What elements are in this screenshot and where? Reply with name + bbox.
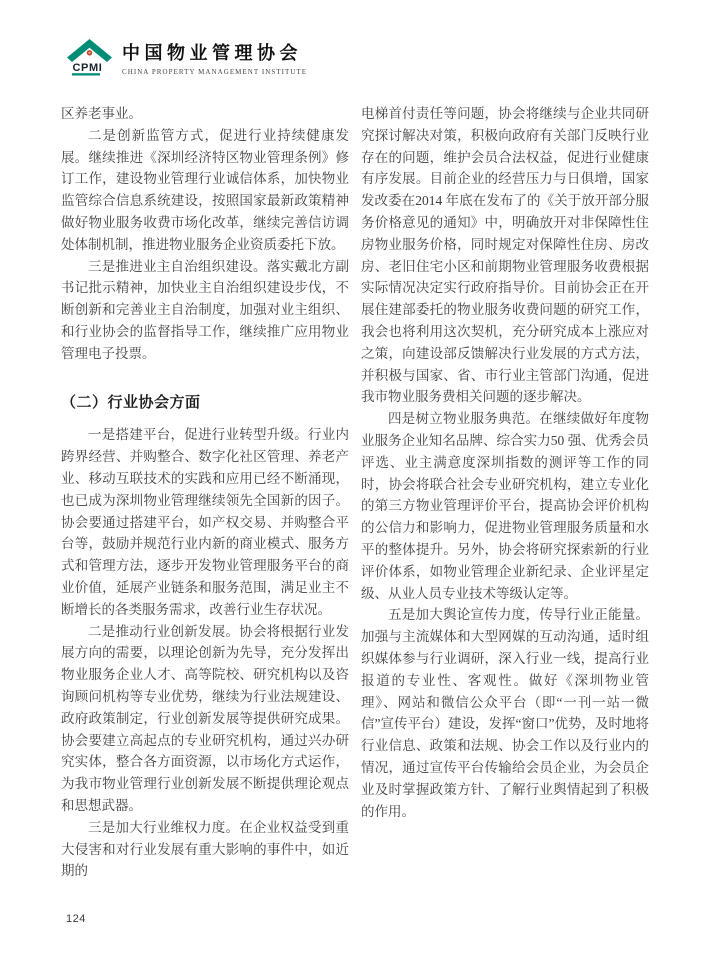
page-header: CPMI 中国物业管理协会 CHINA PROPERTY MANAGEMENT …: [66, 38, 307, 79]
paragraph: 一是搭建平台，促进行业转型升级。行业内跨界经营、并购整合、数字化社区管理、养老产…: [61, 424, 349, 620]
org-titles: 中国物业管理协会 CHINA PROPERTY MANAGEMENT INSTI…: [122, 42, 307, 76]
paragraph: 三是推进业主自治组织建设。落实戴北方副书记批示精神，加快业主自治组织建设步伐，不…: [61, 256, 349, 365]
section-heading: （二）行业协会方面: [61, 392, 349, 414]
page-number: 124: [66, 913, 86, 925]
right-column: 电梯首付责任等问题，协会将继续与企业共同研究探讨解决对策，积极向政府有关部门反映…: [361, 103, 649, 882]
cpmi-acronym: CPMI: [73, 62, 103, 74]
paragraph: 区养老事业。: [61, 103, 349, 125]
paragraph: 四是树立物业服务典范。在继续做好年度物业服务企业知名品牌、综合实力50 强、优秀…: [361, 408, 649, 604]
org-name-en: CHINA PROPERTY MANAGEMENT INSTITUTE: [122, 68, 307, 76]
document-body: 区养老事业。 二是创新监管方式，促进行业持续健康发展。继续推进《深圳经济特区物业…: [61, 103, 649, 882]
paragraph: 五是加大舆论宣传力度，传导行业正能量。加强与主流媒体和大型网媒的互动沟通，适时组…: [361, 604, 649, 822]
org-name-zh: 中国物业管理协会: [122, 42, 307, 64]
paragraph: 三是加大行业维权力度。在企业权益受到重大侵害和对行业发展有重大影响的事件中，如近…: [61, 817, 349, 882]
paragraph: 二是推动行业创新发展。协会将根据行业发展方向的需要，以理论创新为先导，充分发挥出…: [61, 621, 349, 817]
left-column: 区养老事业。 二是创新监管方式，促进行业持续健康发展。继续推进《深圳经济特区物业…: [61, 103, 349, 882]
paragraph: 电梯首付责任等问题，协会将继续与企业共同研究探讨解决对策，积极向政府有关部门反映…: [361, 103, 649, 408]
paragraph: 二是创新监管方式，促进行业持续健康发展。继续推进《深圳经济特区物业管理条例》修订…: [61, 125, 349, 256]
cpmi-roof-logo-icon: CPMI: [66, 38, 113, 79]
